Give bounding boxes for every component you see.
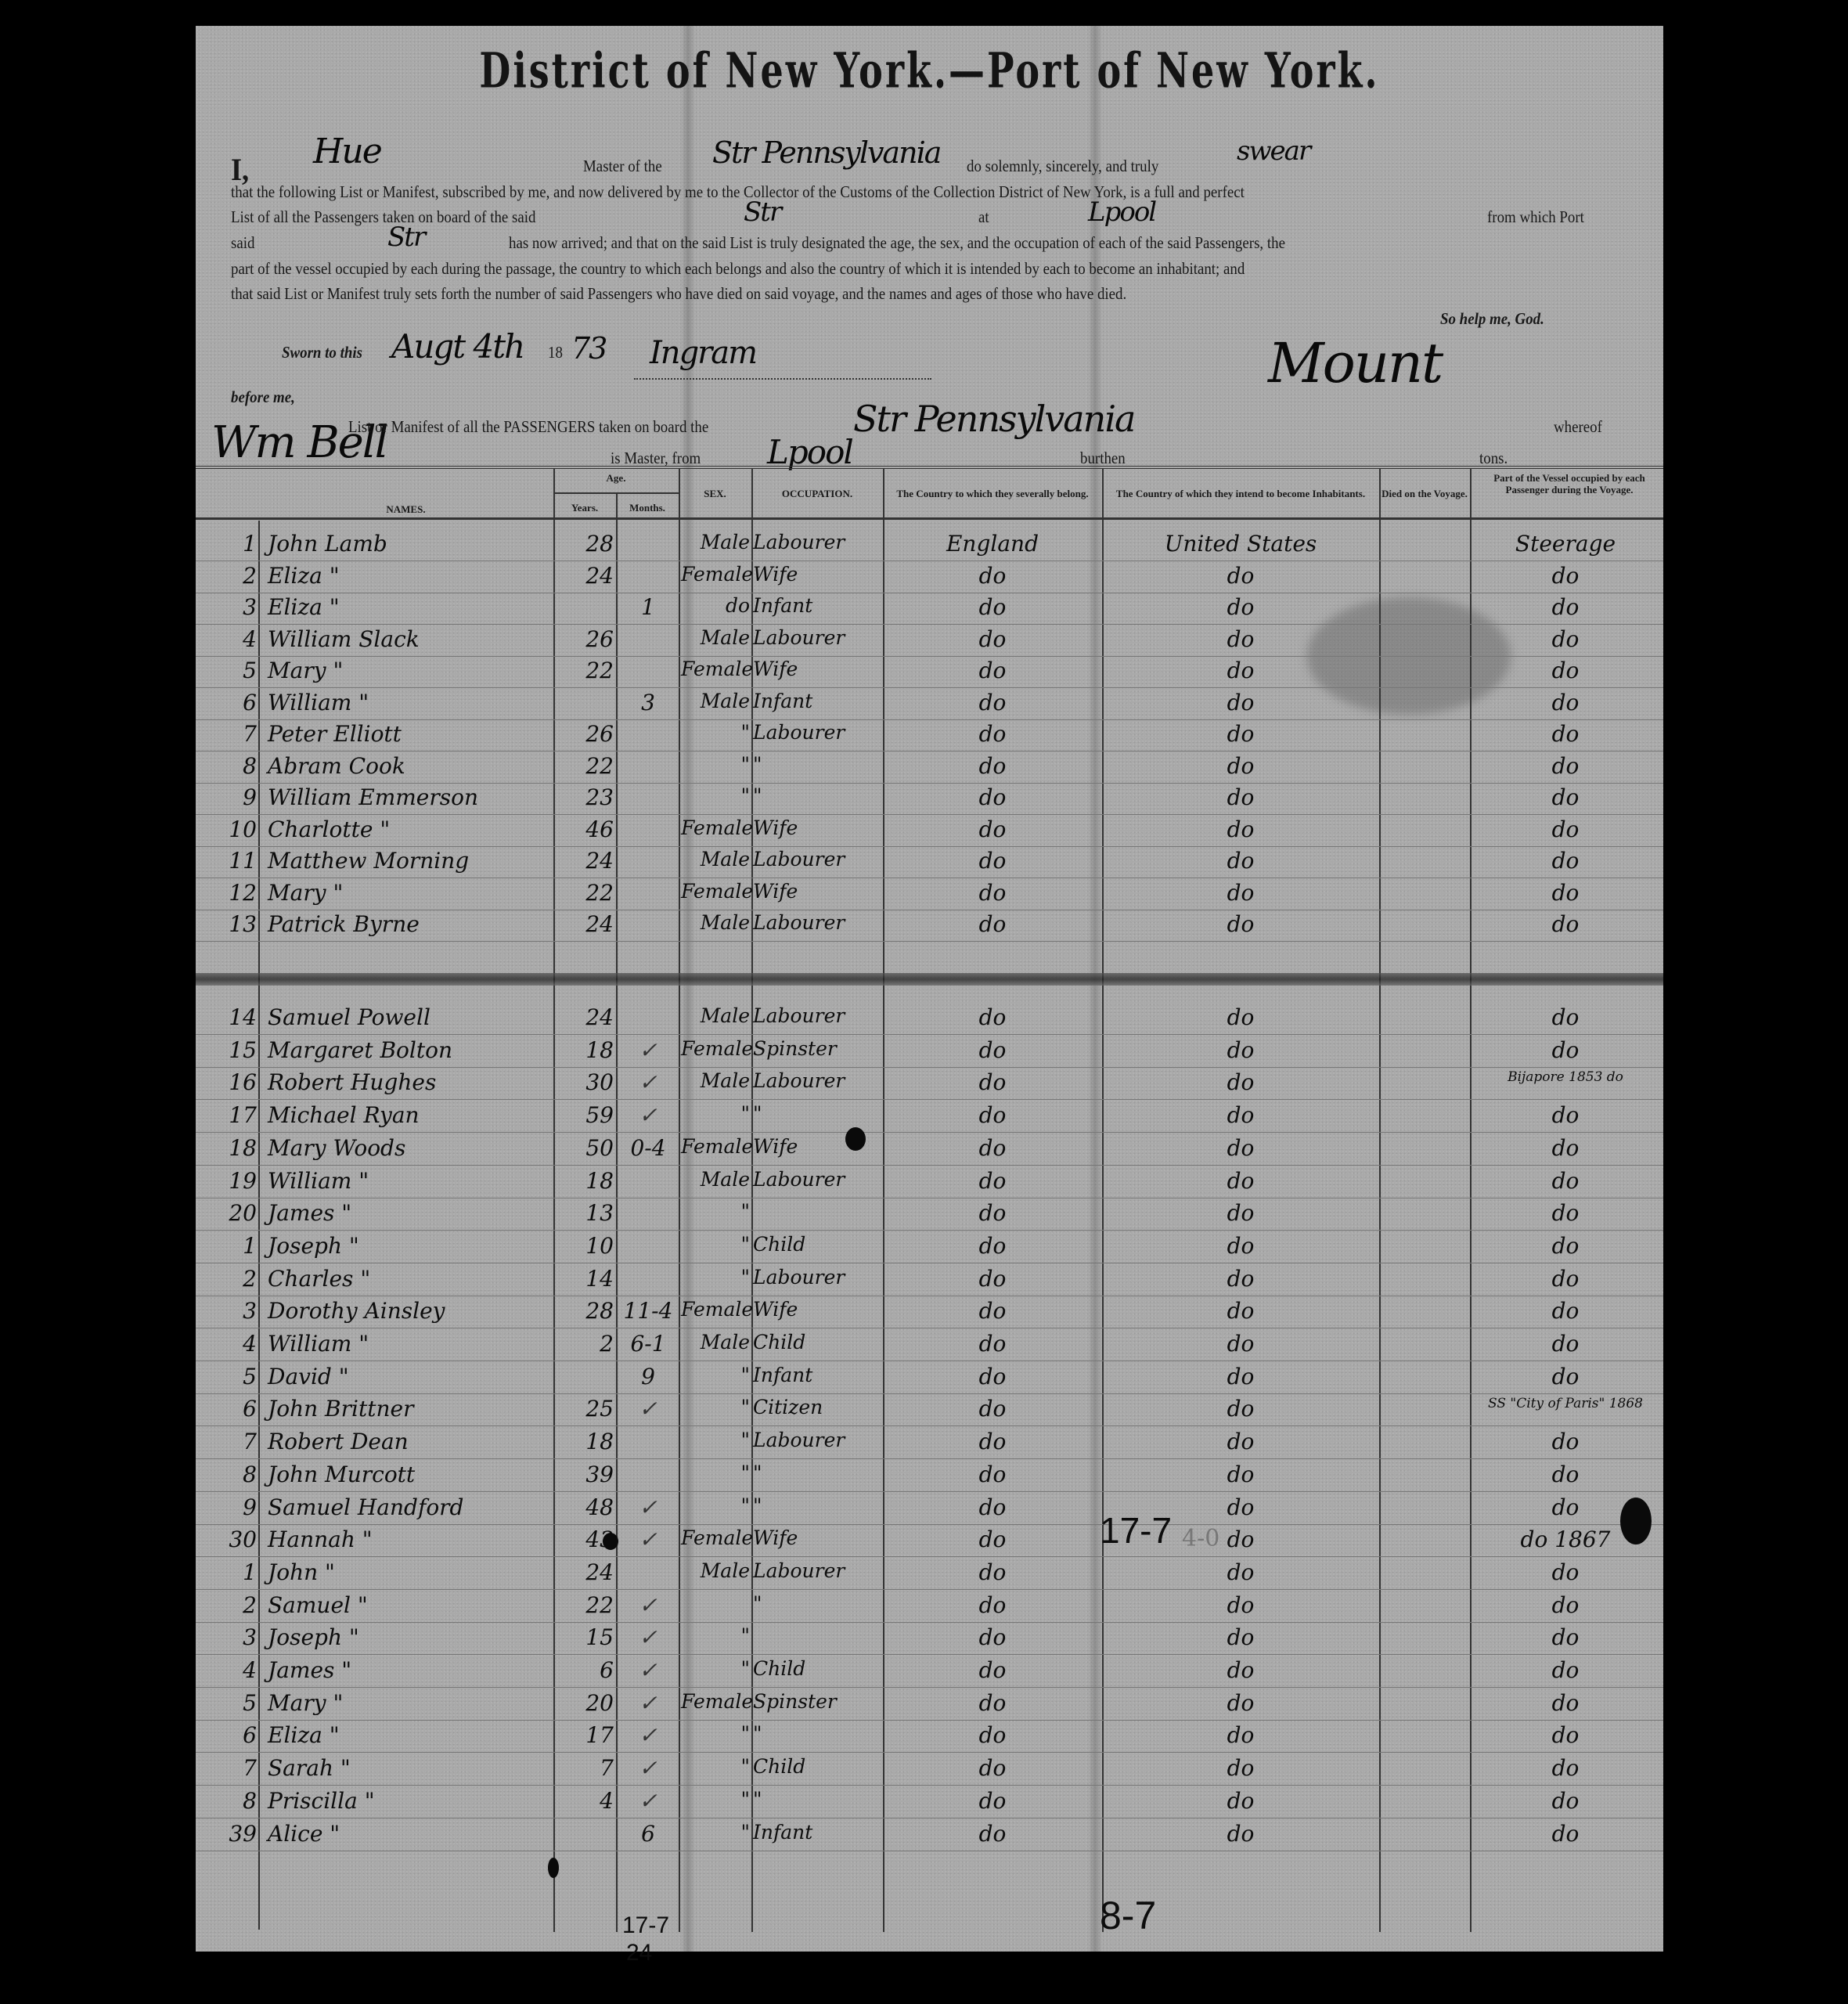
cell-country: do bbox=[884, 1396, 1101, 1422]
cell-name: Dorothy Ainsley bbox=[268, 1298, 549, 1324]
cell-sex: " bbox=[681, 1755, 750, 1778]
cell-country: do bbox=[884, 626, 1101, 652]
cell-country: do bbox=[884, 690, 1101, 715]
cell-part: do bbox=[1472, 690, 1659, 715]
cell-sex: Male bbox=[681, 911, 750, 934]
cell-sex: Male bbox=[681, 690, 750, 712]
ruled-line bbox=[196, 687, 1663, 688]
ruled-line bbox=[196, 1524, 1663, 1525]
cell-country: do bbox=[884, 1168, 1101, 1194]
cell-occ: " bbox=[753, 753, 883, 776]
cell-occ: Infant bbox=[753, 1821, 883, 1844]
cell-sex: " bbox=[681, 753, 750, 776]
cell-years: 50 bbox=[556, 1135, 614, 1161]
cell-country: do bbox=[884, 784, 1101, 810]
cell-sex: " bbox=[681, 1200, 750, 1223]
cell-country: do bbox=[884, 1559, 1101, 1585]
oath-from-which-port: from which Port bbox=[1487, 207, 1584, 227]
cell-country: do bbox=[884, 848, 1101, 874]
cell-country: do bbox=[884, 1331, 1101, 1357]
cell-occ: " bbox=[753, 784, 883, 807]
cell-name: Abram Cook bbox=[268, 753, 549, 779]
ruled-line bbox=[196, 1654, 1663, 1655]
cell-name: Mary " bbox=[268, 880, 549, 906]
cell-num: 18 bbox=[202, 1135, 257, 1161]
cell-num: 4 bbox=[202, 626, 257, 652]
cell-num: 3 bbox=[202, 1298, 257, 1324]
cell-sex: " bbox=[681, 784, 750, 807]
cell-name: William Slack bbox=[268, 626, 549, 652]
cell-part: do bbox=[1472, 1657, 1659, 1683]
cell-num: 13 bbox=[202, 911, 257, 937]
cell-sex: Female bbox=[681, 563, 750, 586]
cell-occ: Labourer bbox=[753, 531, 883, 553]
cell-years: 18 bbox=[556, 1429, 614, 1454]
cell-country: do bbox=[884, 1462, 1101, 1487]
cell-occ: " bbox=[753, 1788, 883, 1811]
cell-country: do bbox=[884, 816, 1101, 842]
cell-sex: Male bbox=[681, 1004, 750, 1027]
ruled-line bbox=[196, 1818, 1663, 1818]
cell-sex: Male bbox=[681, 1069, 750, 1092]
cell-name: Alice " bbox=[268, 1821, 549, 1847]
cell-country: England bbox=[884, 531, 1101, 557]
cell-country: do bbox=[884, 721, 1101, 747]
cell-inhabit: do bbox=[1104, 563, 1378, 589]
cell-name: John " bbox=[268, 1559, 549, 1585]
cell-sex: " bbox=[681, 1233, 750, 1256]
cell-months: ✓ bbox=[618, 1526, 678, 1552]
cell-name: Michael Ryan bbox=[268, 1102, 549, 1128]
header-months: Months. bbox=[616, 502, 679, 514]
tally-annotation: 17-7 bbox=[622, 1912, 669, 1939]
cell-years: 22 bbox=[556, 753, 614, 779]
ruled-line bbox=[196, 1458, 1663, 1459]
header-country-belong: The Country to which they severally belo… bbox=[883, 488, 1102, 499]
ruled-line bbox=[196, 719, 1663, 720]
cell-num: 9 bbox=[202, 784, 257, 810]
ruled-line bbox=[196, 878, 1663, 878]
cell-occ: Child bbox=[753, 1331, 883, 1353]
tally-annotation: 17-7 bbox=[1100, 1509, 1172, 1552]
master-name-handwritten: Hue bbox=[313, 132, 381, 171]
oath-line3-start: List of all the Passengers taken on boar… bbox=[231, 207, 535, 227]
cell-part: do bbox=[1472, 1168, 1659, 1194]
cell-country: do bbox=[884, 1135, 1101, 1161]
cell-num: 9 bbox=[202, 1494, 257, 1520]
oath-line4: has now arrived; and that on the said Li… bbox=[509, 233, 1285, 253]
ruled-line bbox=[196, 1589, 1663, 1590]
cell-num: 4 bbox=[202, 1657, 257, 1683]
cell-years: 28 bbox=[556, 531, 614, 557]
cell-sex: " bbox=[681, 1788, 750, 1811]
ink-blot bbox=[845, 1127, 866, 1151]
cell-years: 13 bbox=[556, 1200, 614, 1226]
ruled-line bbox=[196, 624, 1663, 625]
cell-occ: Infant bbox=[753, 1364, 883, 1386]
sworn-year-prefix: 18 bbox=[548, 343, 563, 362]
cell-inhabit: do bbox=[1104, 1233, 1378, 1259]
cell-inhabit: do bbox=[1104, 1298, 1378, 1324]
cell-name: Eliza " bbox=[268, 563, 549, 589]
cell-occ: Infant bbox=[753, 690, 883, 712]
ruled-line bbox=[196, 783, 1663, 784]
cell-months: ✓ bbox=[618, 1657, 678, 1683]
ruled-line bbox=[196, 1426, 1663, 1426]
cell-years: 18 bbox=[556, 1037, 614, 1063]
cell-country: do bbox=[884, 1266, 1101, 1292]
header-country-inhabit: The Country of which they intend to beco… bbox=[1102, 488, 1379, 499]
cell-part: do bbox=[1472, 1429, 1659, 1454]
oath-solemnly: do solemnly, sincerely, and truly bbox=[967, 157, 1158, 176]
cell-num: 14 bbox=[202, 1004, 257, 1030]
cell-inhabit: do bbox=[1104, 1168, 1378, 1194]
cell-part: Steerage bbox=[1472, 531, 1659, 557]
cell-name: Robert Hughes bbox=[268, 1069, 549, 1095]
cell-years: 4 bbox=[556, 1788, 614, 1814]
cell-inhabit: do bbox=[1104, 1559, 1378, 1585]
ink-blot bbox=[548, 1858, 559, 1878]
ruled-line bbox=[196, 1132, 1663, 1133]
cell-occ: " bbox=[753, 1462, 883, 1484]
cell-sex: Female bbox=[681, 1526, 750, 1549]
signature-line bbox=[634, 378, 931, 380]
header-years: Years. bbox=[553, 502, 616, 514]
cell-inhabit: do bbox=[1104, 1102, 1378, 1128]
ruled-line bbox=[196, 910, 1663, 910]
cell-occ: Labourer bbox=[753, 1004, 883, 1027]
cell-num: 10 bbox=[202, 816, 257, 842]
cell-years: 23 bbox=[556, 784, 614, 810]
col-divider bbox=[258, 521, 260, 1930]
ink-blot bbox=[1620, 1498, 1652, 1544]
cell-occ: Infant bbox=[753, 594, 883, 617]
cell-name: Joseph " bbox=[268, 1624, 549, 1650]
header-vessel-part: Part of the Vessel occupied by each Pass… bbox=[1479, 472, 1659, 496]
cell-years: 28 bbox=[556, 1298, 614, 1324]
oath-master-of: Master of the bbox=[583, 157, 662, 176]
cell-sex: do bbox=[681, 594, 750, 617]
cell-occ: Wife bbox=[753, 658, 883, 680]
cell-country: do bbox=[884, 1364, 1101, 1389]
cell-name: Robert Dean bbox=[268, 1429, 549, 1454]
oath-line6: that said List or Manifest truly sets fo… bbox=[231, 284, 1126, 304]
ruled-line bbox=[196, 1263, 1663, 1263]
cell-occ: Labourer bbox=[753, 1266, 883, 1289]
cell-inhabit: do bbox=[1104, 1364, 1378, 1389]
ruled-line bbox=[196, 1361, 1663, 1361]
horizontal-fold-crease bbox=[196, 973, 1663, 986]
cell-num: 30 bbox=[202, 1526, 257, 1552]
cell-inhabit: do bbox=[1104, 848, 1378, 874]
oath-said: said bbox=[231, 233, 254, 253]
cell-name: John Lamb bbox=[268, 531, 549, 557]
cell-months: ✓ bbox=[618, 1788, 678, 1814]
cell-country: do bbox=[884, 1657, 1101, 1683]
said-vessel-handwritten: Str bbox=[387, 222, 424, 253]
cell-part: do bbox=[1472, 1266, 1659, 1292]
cell-num: 2 bbox=[202, 563, 257, 589]
cell-num: 5 bbox=[202, 658, 257, 683]
cell-occ: Labourer bbox=[753, 1559, 883, 1582]
cell-part: do bbox=[1472, 626, 1659, 652]
cell-inhabit: do bbox=[1104, 1200, 1378, 1226]
ruled-line bbox=[196, 593, 1663, 593]
ruled-line bbox=[196, 1720, 1663, 1721]
cell-years: 22 bbox=[556, 880, 614, 906]
ruled-line bbox=[196, 560, 1663, 561]
cell-occ: Child bbox=[753, 1233, 883, 1256]
cell-num: 1 bbox=[202, 1233, 257, 1259]
cell-years: 39 bbox=[556, 1462, 614, 1487]
cell-sex: Female bbox=[681, 1298, 750, 1321]
cell-sex: Female bbox=[681, 816, 750, 839]
cell-num: 8 bbox=[202, 1788, 257, 1814]
cell-part: do bbox=[1472, 1233, 1659, 1259]
ink-blot bbox=[603, 1533, 618, 1550]
document-title: District of New York.—Port of New York. bbox=[196, 42, 1663, 99]
tally-annotation: 24 bbox=[626, 1940, 652, 1966]
cell-occ: Labourer bbox=[753, 626, 883, 649]
cell-part: do bbox=[1472, 784, 1659, 810]
cell-occ: Wife bbox=[753, 880, 883, 903]
cell-inhabit: do bbox=[1104, 1592, 1378, 1618]
cell-months: 9 bbox=[618, 1364, 678, 1389]
cell-sex: Female bbox=[681, 1690, 750, 1713]
cell-years: 24 bbox=[556, 1004, 614, 1030]
cell-part: do bbox=[1472, 1821, 1659, 1847]
cell-occ: Wife bbox=[753, 816, 883, 839]
cell-country: do bbox=[884, 1526, 1101, 1552]
cell-part: do bbox=[1472, 1331, 1659, 1357]
cell-name: Hannah " bbox=[268, 1526, 549, 1552]
cell-part: do bbox=[1472, 880, 1659, 906]
cell-occ: Citizen bbox=[753, 1396, 883, 1418]
cell-part: do bbox=[1472, 1004, 1659, 1030]
ruled-line bbox=[196, 656, 1663, 657]
ruled-line bbox=[196, 1752, 1663, 1753]
ruled-line bbox=[196, 846, 1663, 847]
cell-num: 6 bbox=[202, 1722, 257, 1748]
cell-years: 14 bbox=[556, 1266, 614, 1292]
cell-inhabit: do bbox=[1104, 658, 1378, 683]
cell-name: Patrick Byrne bbox=[268, 911, 549, 937]
cell-inhabit: do bbox=[1104, 1755, 1378, 1781]
cell-name: Sarah " bbox=[268, 1755, 549, 1781]
manifest-line-text: List or Manifest of all the PASSENGERS t… bbox=[348, 417, 708, 437]
cell-sex: Female bbox=[681, 880, 750, 903]
cell-months: 11-4 bbox=[618, 1298, 678, 1324]
cell-name: Samuel Powell bbox=[268, 1004, 549, 1030]
cell-inhabit: do bbox=[1104, 1037, 1378, 1063]
cell-name: William " bbox=[268, 690, 549, 715]
cell-part: do bbox=[1472, 1788, 1659, 1814]
cell-months: ✓ bbox=[618, 1069, 678, 1095]
ruled-line bbox=[196, 941, 1663, 942]
cell-years: 24 bbox=[556, 848, 614, 874]
cell-occ: Labourer bbox=[753, 1429, 883, 1451]
cell-country: do bbox=[884, 1592, 1101, 1618]
cell-years: 46 bbox=[556, 816, 614, 842]
cell-years: 22 bbox=[556, 1592, 614, 1618]
cell-name: John Murcott bbox=[268, 1462, 549, 1487]
cell-num: 17 bbox=[202, 1102, 257, 1128]
ruled-line bbox=[196, 1296, 1663, 1296]
cell-country: do bbox=[884, 1233, 1101, 1259]
cell-years: 24 bbox=[556, 1559, 614, 1585]
cell-inhabit: United States bbox=[1104, 531, 1378, 557]
ruled-line bbox=[196, 1067, 1663, 1068]
cell-years: 30 bbox=[556, 1069, 614, 1095]
cell-inhabit: do bbox=[1104, 1331, 1378, 1357]
ruled-line bbox=[196, 1034, 1663, 1035]
cell-name: David " bbox=[268, 1364, 549, 1389]
cell-years: 17 bbox=[556, 1722, 614, 1748]
manifest-whereof: whereof bbox=[1554, 417, 1602, 437]
cell-part: do bbox=[1472, 721, 1659, 747]
cell-sex: Female bbox=[681, 1037, 750, 1060]
cell-part: do bbox=[1472, 848, 1659, 874]
cell-name: William Emmerson bbox=[268, 784, 549, 810]
before-me-label: before me, bbox=[231, 387, 295, 407]
cell-occ: Spinster bbox=[753, 1690, 883, 1713]
cell-months: 6-1 bbox=[618, 1331, 678, 1357]
cell-part: do bbox=[1472, 1364, 1659, 1389]
cell-num: 7 bbox=[202, 1429, 257, 1454]
cell-part: do bbox=[1472, 911, 1659, 937]
oath-line5: part of the vessel occupied by each duri… bbox=[231, 259, 1245, 279]
cell-name: William " bbox=[268, 1168, 549, 1194]
cell-inhabit: do bbox=[1104, 1462, 1378, 1487]
cell-num: 5 bbox=[202, 1690, 257, 1716]
cell-years: 24 bbox=[556, 911, 614, 937]
header-sex: SEX. bbox=[679, 488, 751, 499]
cell-sex: " bbox=[681, 1266, 750, 1289]
cell-months: 0-4 bbox=[618, 1135, 678, 1161]
cell-part: do bbox=[1472, 1135, 1659, 1161]
cell-inhabit: do bbox=[1104, 721, 1378, 747]
age-subrule bbox=[553, 492, 679, 494]
cell-months: ✓ bbox=[618, 1592, 678, 1618]
cell-occ: Labourer bbox=[753, 911, 883, 934]
cell-sex: " bbox=[681, 1722, 750, 1745]
cell-years: 26 bbox=[556, 721, 614, 747]
cell-occ: " bbox=[753, 1592, 883, 1615]
cell-inhabit: do bbox=[1104, 1821, 1378, 1847]
cell-occ: Wife bbox=[753, 1298, 883, 1321]
oath-swear-handwritten: swear bbox=[1237, 135, 1309, 167]
cell-sex: Male bbox=[681, 531, 750, 553]
cell-occ: " bbox=[753, 1102, 883, 1125]
cell-country: do bbox=[884, 1494, 1101, 1520]
cell-num: 6 bbox=[202, 690, 257, 715]
cell-num: 39 bbox=[202, 1821, 257, 1847]
cell-part: do bbox=[1472, 658, 1659, 683]
faint-stamp: 4-0 bbox=[1182, 1525, 1219, 1552]
cell-num: 15 bbox=[202, 1037, 257, 1063]
cell-name: Eliza " bbox=[268, 1722, 549, 1748]
col-divider bbox=[616, 493, 618, 1932]
cell-num: 20 bbox=[202, 1200, 257, 1226]
header-died: Died on the Voyage. bbox=[1379, 488, 1470, 499]
ruled-line bbox=[196, 1230, 1663, 1231]
cell-part: do bbox=[1472, 1722, 1659, 1748]
ruled-line bbox=[196, 1099, 1663, 1100]
cell-occ: Child bbox=[753, 1755, 883, 1778]
cell-num: 1 bbox=[202, 531, 257, 557]
cell-name: Mary " bbox=[268, 658, 549, 683]
cell-inhabit: do bbox=[1104, 784, 1378, 810]
cell-country: do bbox=[884, 658, 1101, 683]
cell-country: do bbox=[884, 594, 1101, 620]
cell-occ: Wife bbox=[753, 563, 883, 586]
sworn-label: Sworn to this bbox=[282, 343, 362, 362]
vessel-handwritten: Str bbox=[744, 196, 780, 228]
cell-occ: " bbox=[753, 1722, 883, 1745]
cell-num: 8 bbox=[202, 753, 257, 779]
cell-months: ✓ bbox=[618, 1396, 678, 1422]
cell-sex: " bbox=[681, 1429, 750, 1451]
cell-name: Eliza " bbox=[268, 594, 549, 620]
cell-inhabit: do bbox=[1104, 1690, 1378, 1716]
cell-months: ✓ bbox=[618, 1624, 678, 1650]
cell-name: John Brittner bbox=[268, 1396, 549, 1422]
ruled-line bbox=[196, 1491, 1663, 1492]
ruled-line bbox=[196, 1328, 1663, 1328]
cell-sex: Male bbox=[681, 1559, 750, 1582]
cell-inhabit: do bbox=[1104, 626, 1378, 652]
cell-sex: " bbox=[681, 1364, 750, 1386]
cell-occ: Labourer bbox=[753, 1168, 883, 1191]
cell-inhabit: do bbox=[1104, 911, 1378, 937]
cell-sex: " bbox=[681, 1396, 750, 1418]
cell-country: do bbox=[884, 1788, 1101, 1814]
cell-num: 3 bbox=[202, 594, 257, 620]
cell-years: 2 bbox=[556, 1331, 614, 1357]
cell-part: do bbox=[1472, 753, 1659, 779]
cell-inhabit: do bbox=[1104, 1722, 1378, 1748]
cell-num: 19 bbox=[202, 1168, 257, 1194]
cell-inhabit: do bbox=[1104, 1266, 1378, 1292]
cell-country: do bbox=[884, 1755, 1101, 1781]
ruled-line bbox=[196, 1393, 1663, 1394]
cell-name: James " bbox=[268, 1200, 549, 1226]
cell-inhabit: do bbox=[1104, 880, 1378, 906]
cell-part: do bbox=[1472, 1559, 1659, 1585]
cell-years: 10 bbox=[556, 1233, 614, 1259]
cell-country: do bbox=[884, 1722, 1101, 1748]
cell-country: do bbox=[884, 1821, 1101, 1847]
cell-inhabit: do bbox=[1104, 1788, 1378, 1814]
cell-sex: Male bbox=[681, 1331, 750, 1353]
cell-part: do bbox=[1472, 1592, 1659, 1618]
cell-sex: Male bbox=[681, 1168, 750, 1191]
cell-name: Mary Woods bbox=[268, 1135, 549, 1161]
cell-part: do bbox=[1472, 1624, 1659, 1650]
tally-annotation: 8-7 bbox=[1100, 1893, 1156, 1938]
cell-sex: Female bbox=[681, 658, 750, 680]
cell-num: 4 bbox=[202, 1331, 257, 1357]
ruled-line bbox=[196, 751, 1663, 751]
ruled-line bbox=[196, 814, 1663, 815]
cell-months: 1 bbox=[618, 594, 678, 620]
cell-name: Peter Elliott bbox=[268, 721, 549, 747]
cell-years: 7 bbox=[556, 1755, 614, 1781]
cell-sex: " bbox=[681, 721, 750, 744]
ruled-line bbox=[196, 1785, 1663, 1786]
cell-years: 22 bbox=[556, 658, 614, 683]
sworn-month-handwritten: Ingram bbox=[650, 335, 756, 371]
